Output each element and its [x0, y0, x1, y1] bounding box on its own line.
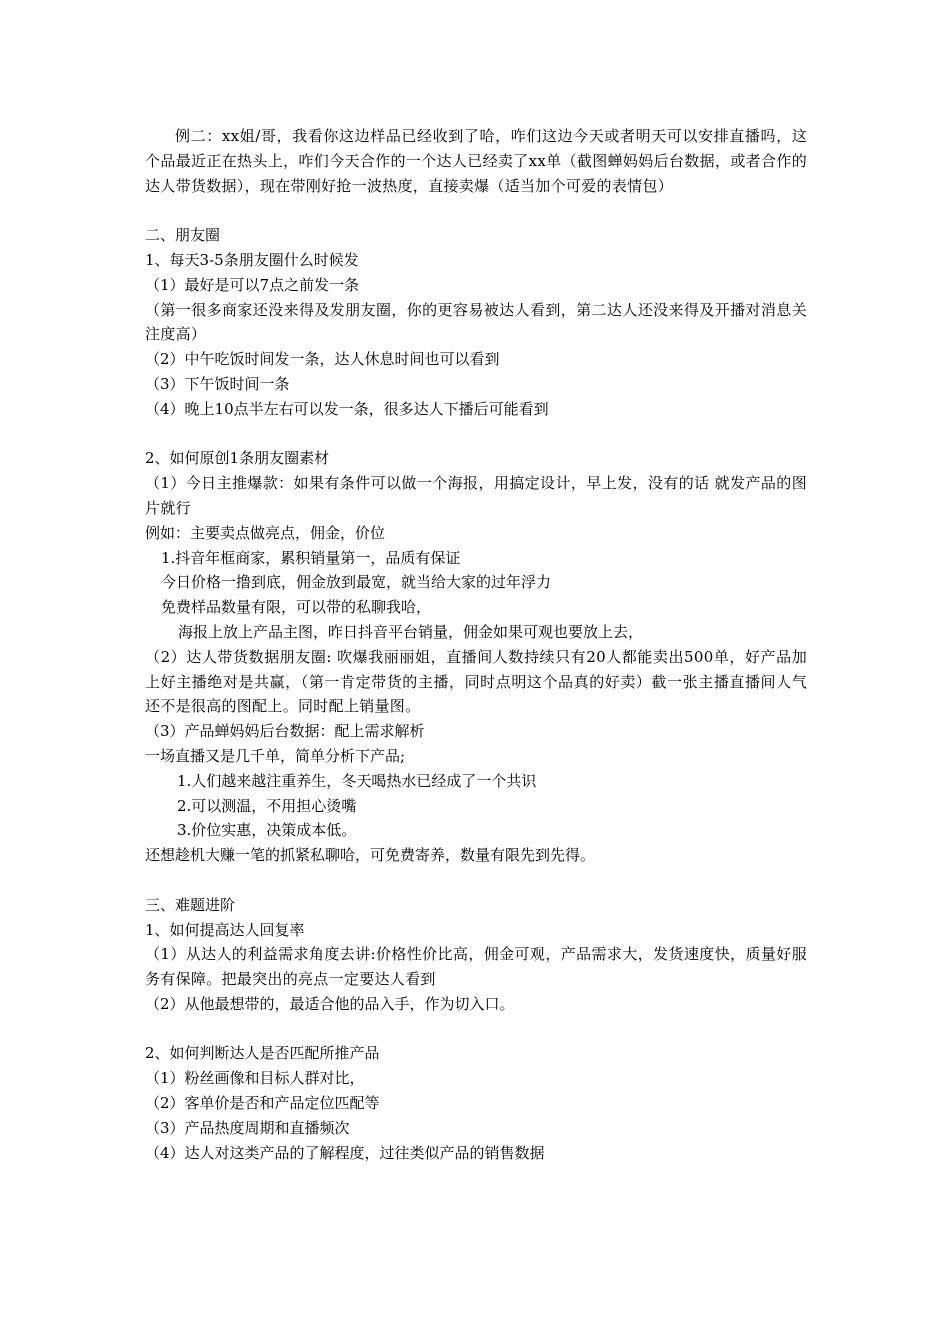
list-item: （1）粉丝画像和目标人群对比，: [145, 1066, 807, 1091]
spacer: [145, 1017, 807, 1042]
list-item: （2）客单价是否和产品定位匹配等: [145, 1091, 807, 1116]
subsection-title: 2、如何原创1条朋友圈素材: [145, 446, 807, 471]
list-item: （2）达人带货数据朋友圈: 吹爆我丽丽姐，直播间人数持续只有20人都能卖出500…: [145, 645, 807, 719]
list-item: （4）晚上10点半左右可以发一条，很多达人下播后可能看到: [145, 397, 807, 422]
list-item: （1）今日主推爆款：如果有条件可以做一个海报，用搞定设计，早上发，没有的话 就发…: [145, 471, 807, 521]
example-line: 海报上放上产品主图，昨日抖音平台销量，佣金如果可观也要放上去，: [145, 620, 807, 645]
list-item-note: （第一很多商家还没来得及发朋友圈，你的更容易被达人看到，第二达人还没来得及开播对…: [145, 298, 807, 348]
document-page: 例二：xx姐/哥，我看你这边样品已经收到了哈，咋们这边今天或者明天可以安排直播吗…: [145, 124, 807, 1165]
analysis-point: 3.价位实惠，决策成本低。: [145, 818, 807, 843]
example-line: 免费样品数量有限，可以带的私聊我哈，: [145, 595, 807, 620]
analysis-point: 2.可以测温，不用担心烫嘴: [145, 794, 807, 819]
subsection-title: 1、每天3-5条朋友圈什么时候发: [145, 248, 807, 273]
list-item: （4）达人对这类产品的了解程度，过往类似产品的销售数据: [145, 1141, 807, 1166]
section-heading-moments: 二、朋友圈: [145, 223, 807, 248]
spacer: [145, 868, 807, 893]
analysis-intro: 一场直播又是几千单，简单分析下产品;: [145, 744, 807, 769]
example-label: 例如：主要卖点做亮点，佣金，价位: [145, 521, 807, 546]
example-line: 今日价格一撸到底，佣金放到最宽，就当给大家的过年浮力: [145, 570, 807, 595]
list-item: （1）最好是可以7点之前发一条: [145, 273, 807, 298]
spacer: [145, 198, 807, 223]
intro-paragraph: 例二：xx姐/哥，我看你这边样品已经收到了哈，咋们这边今天或者明天可以安排直播吗…: [145, 124, 807, 198]
subsection-title: 1、如何提高达人回复率: [145, 918, 807, 943]
list-item: （1）从达人的利益需求角度去讲:价格性价比高，佣金可观，产品需求大，发货速度快，…: [145, 942, 807, 992]
section-heading-advanced: 三、难题进阶: [145, 893, 807, 918]
spacer: [145, 422, 807, 447]
list-item: （2）从他最想带的，最适合他的品入手，作为切入口。: [145, 992, 807, 1017]
closing-line: 还想趁机大赚一笔的抓紧私聊哈，可免费寄养，数量有限先到先得。: [145, 843, 807, 868]
subsection-title: 2、如何判断达人是否匹配所推产品: [145, 1041, 807, 1066]
list-item: （3）产品蝉妈妈后台数据：配上需求解析: [145, 719, 807, 744]
list-item: （3）产品热度周期和直播频次: [145, 1116, 807, 1141]
list-item: （2）中午吃饭时间发一条，达人休息时间也可以看到: [145, 347, 807, 372]
list-item: （3）下午饭时间一条: [145, 372, 807, 397]
example-line: 1.抖音年框商家，累积销量第一，品质有保证: [145, 546, 807, 571]
analysis-point: 1.人们越来越注重养生，冬天喝热水已经成了一个共识: [145, 769, 807, 794]
